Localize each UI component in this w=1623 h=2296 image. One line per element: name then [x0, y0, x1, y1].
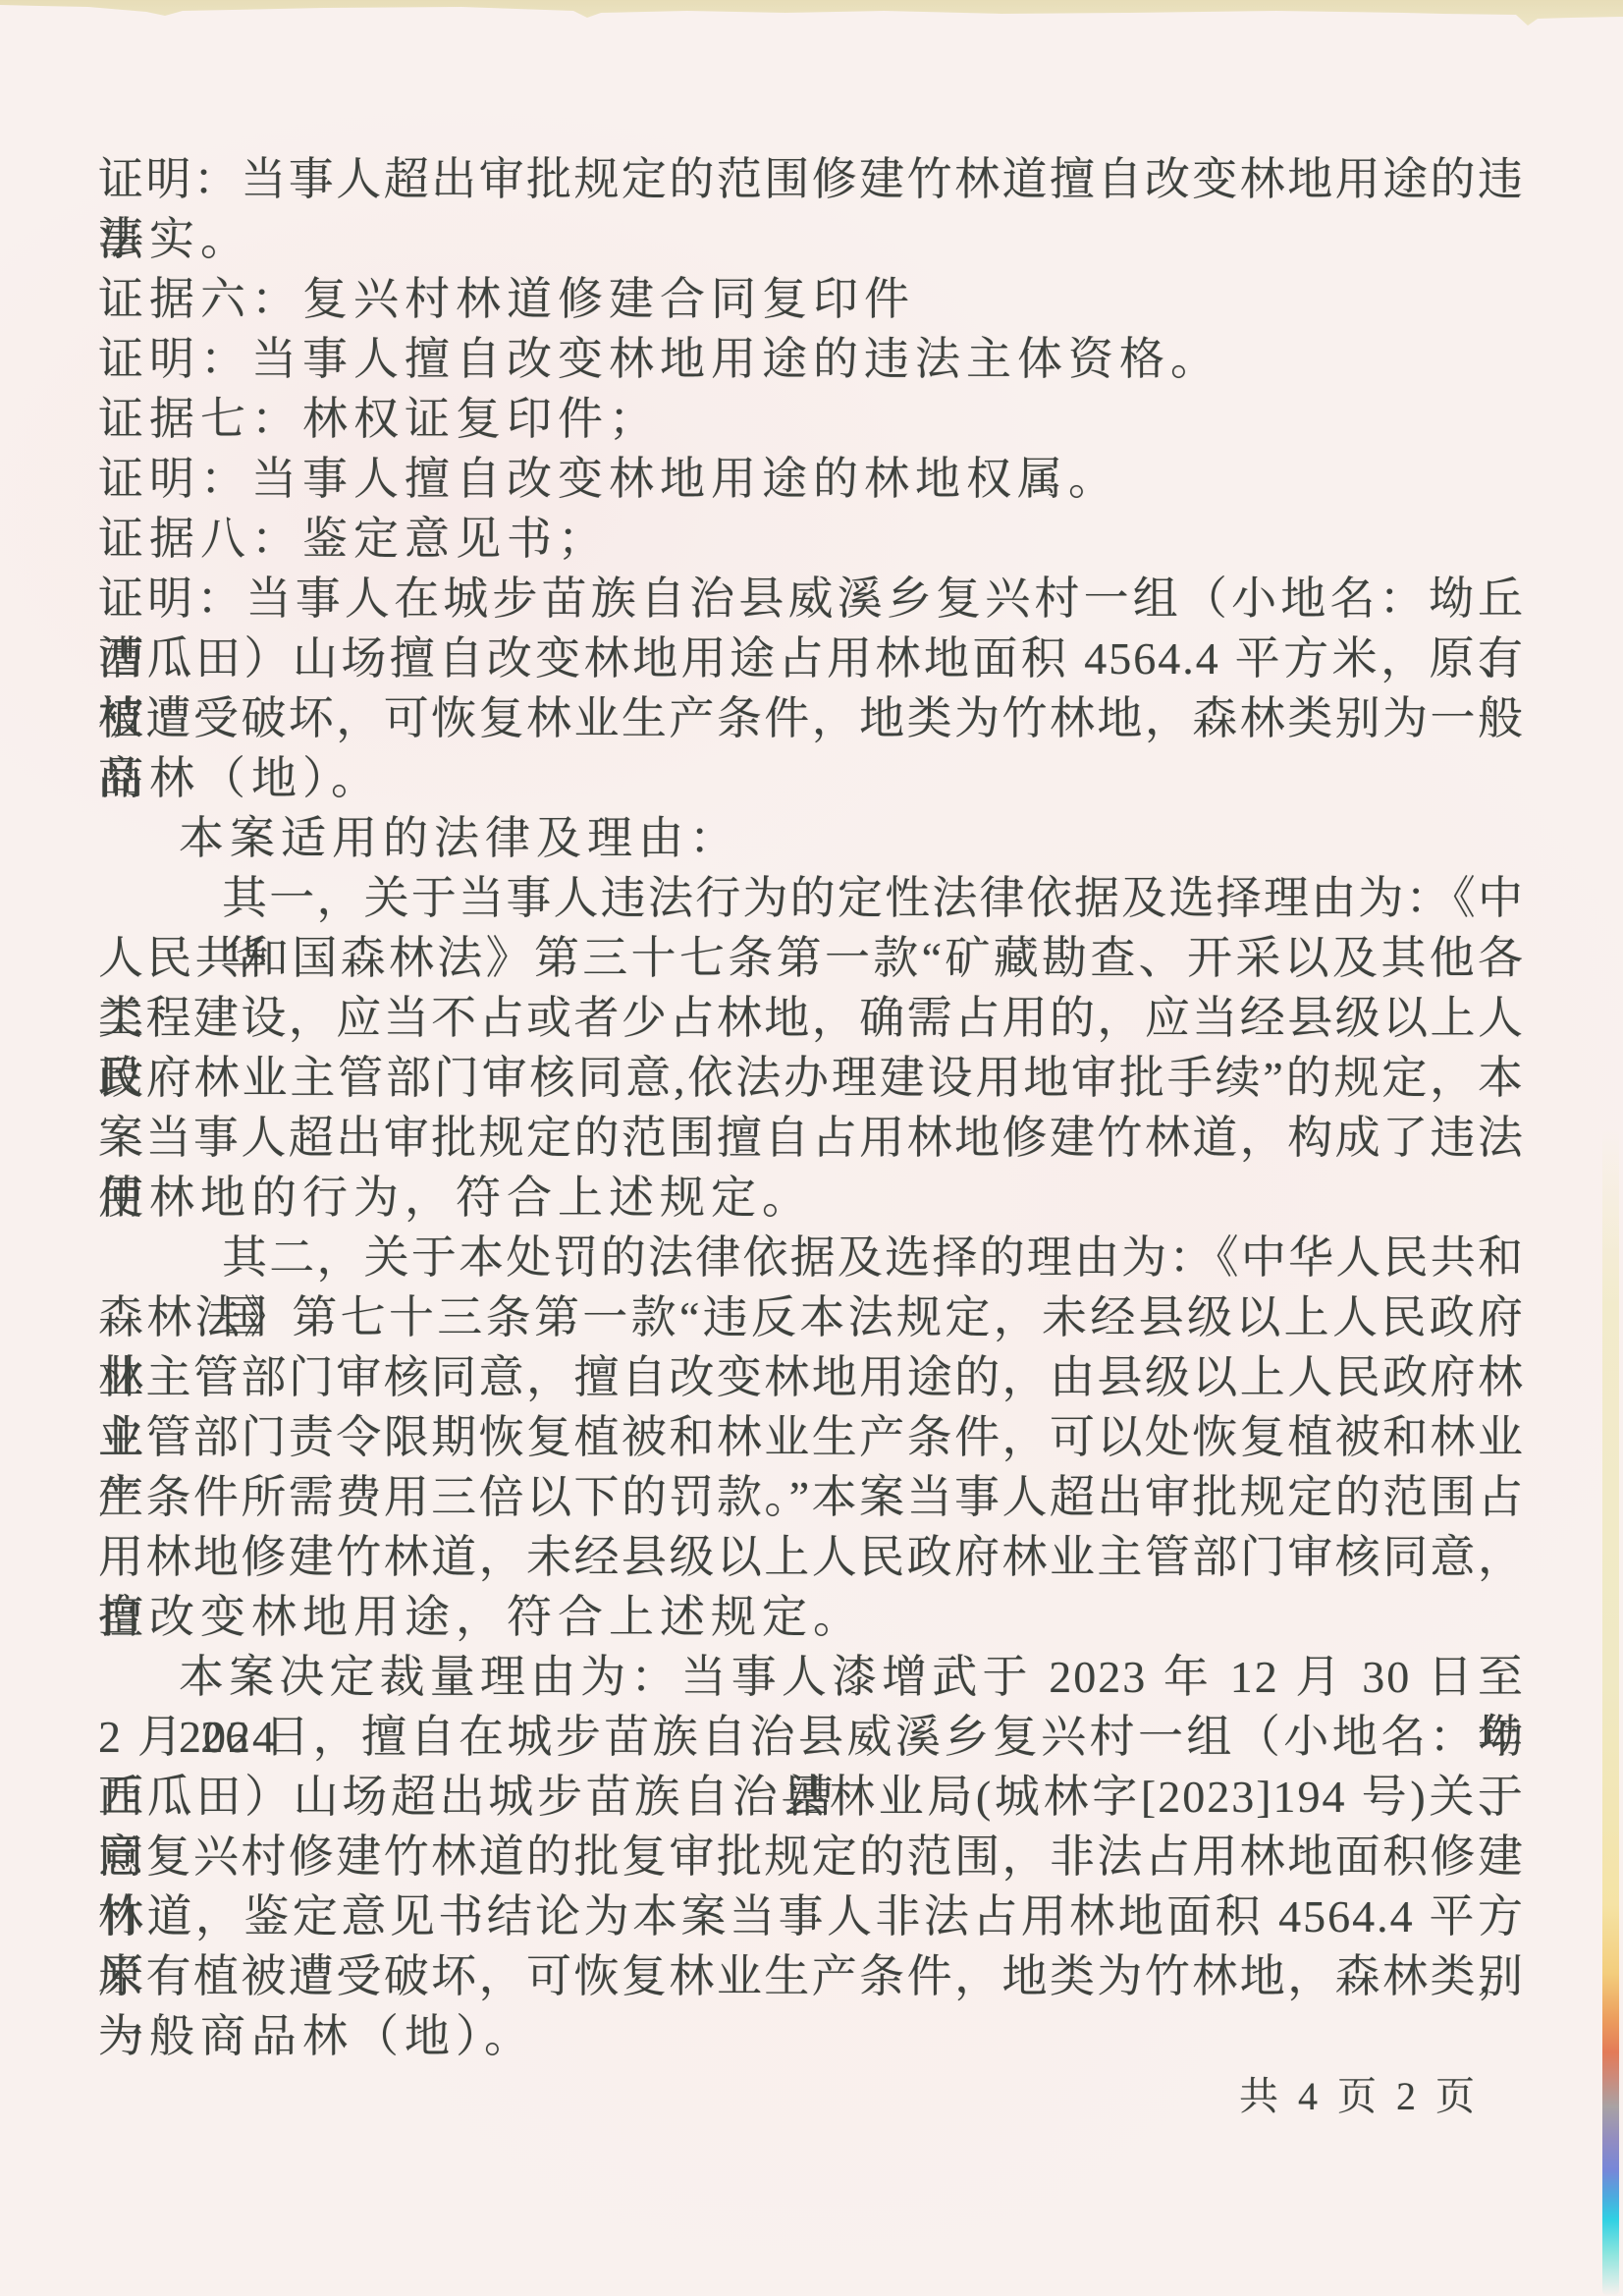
doc-line: 人民共和国森林法》第三十七条第一款“矿藏勘查、开采以及其他各类 [98, 928, 1525, 988]
doc-line: 西瓜田）山场擅自改变林地用途占用林地面积 4564.4 平方米，原有植 [98, 629, 1525, 688]
doc-line: 被遭受破坏，可恢复林业生产条件，地类为竹林地，森林类别为一般商 [98, 688, 1525, 748]
doc-line: 其二，关于本处罚的法律依据及选择的理由为：《中华人民共和国 [98, 1228, 1525, 1287]
doc-line: 证据七：林权证复印件； [98, 389, 1525, 449]
scanned-document-page: 证明：当事人超出审批规定的范围修建竹林道擅自改变林地用途的违法 事实。 证据六：… [0, 0, 1623, 2296]
doc-line: 品林（地）。 [98, 748, 1525, 808]
doc-line: 工程建设，应当不占或者少占林地，确需占用的，应当经县级以上人民 [98, 988, 1525, 1048]
doc-line: 原有植被遭受破坏，可恢复林业生产条件，地类为竹林地，森林类别为 [98, 1946, 1525, 2006]
doc-line: 证据八：鉴定意见书； [98, 509, 1525, 569]
doc-line: 2 月 26 日，擅自在城步苗族自治县威溪乡复兴村一组（小地名：坳丘漕、 [98, 1707, 1525, 1767]
doc-line: 森林法》第七十三条第一款“违反本法规定，未经县级以上人民政府林 [98, 1287, 1525, 1347]
doc-line: 证明：当事人超出审批规定的范围修建竹林道擅自改变林地用途的违法 [98, 149, 1525, 209]
torn-paper-edge [0, 0, 1623, 31]
doc-line: 证明：当事人擅自改变林地用途的违法主体资格。 [98, 329, 1525, 389]
doc-line: 事实。 [98, 209, 1525, 269]
doc-line: 业主管部门审核同意，擅自改变林地用途的，由县级以上人民政府林业 [98, 1347, 1525, 1407]
doc-line: 本案适用的法律及理由： [98, 808, 1525, 868]
doc-line: 政府林业主管部门审核同意,依法办理建设用地审批手续”的规定，本 [98, 1048, 1525, 1108]
doc-line: 林道，鉴定意见书结论为本案当事人非法占用林地面积 4564.4 平方米， [98, 1886, 1525, 1946]
doc-line: 案当事人超出审批规定的范围擅自占用林地修建竹林道，构成了违法使 [98, 1108, 1525, 1168]
doc-line: 证据六：复兴村林道修建合同复印件 [98, 269, 1525, 329]
doc-line: 西瓜田）山场超出城步苗族自治县林业局(城林字[2023]194 号)关于同 [98, 1767, 1525, 1827]
doc-line: 其一，关于当事人违法行为的定性法律依据及选择理由为：《中华 [98, 868, 1525, 928]
document-body: 证明：当事人超出审批规定的范围修建竹林道擅自改变林地用途的违法 事实。 证据六：… [98, 149, 1525, 2066]
doc-line: 用林地的行为，符合上述规定。 [98, 1168, 1525, 1228]
page-number-footer: 共 4 页 2 页 [1239, 2068, 1480, 2125]
doc-line: 自改变林地用途，符合上述规定。 [98, 1587, 1525, 1647]
doc-line: 本案决定裁量理由为：当事人漆增武于 2023 年 12 月 30 日至 2024… [98, 1647, 1525, 1707]
doc-line: 主管部门责令限期恢复植被和林业生产条件，可以处恢复植被和林业生 [98, 1407, 1525, 1467]
doc-line: 用林地修建竹林道，未经县级以上人民政府林业主管部门审核同意，擅 [98, 1527, 1525, 1587]
doc-line: 一般商品林（地）。 [98, 2006, 1525, 2066]
doc-line: 意复兴村修建竹林道的批复审批规定的范围，非法占用林地面积修建竹 [98, 1827, 1525, 1886]
doc-line: 证明：当事人擅自改变林地用途的林地权属。 [98, 449, 1525, 509]
doc-line: 证明：当事人在城步苗族自治县威溪乡复兴村一组（小地名：坳丘漕、 [98, 569, 1525, 629]
scan-color-artifact [1602, 1129, 1619, 2296]
doc-line: 产条件所需费用三倍以下的罚款。”本案当事人超出审批规定的范围占 [98, 1467, 1525, 1527]
